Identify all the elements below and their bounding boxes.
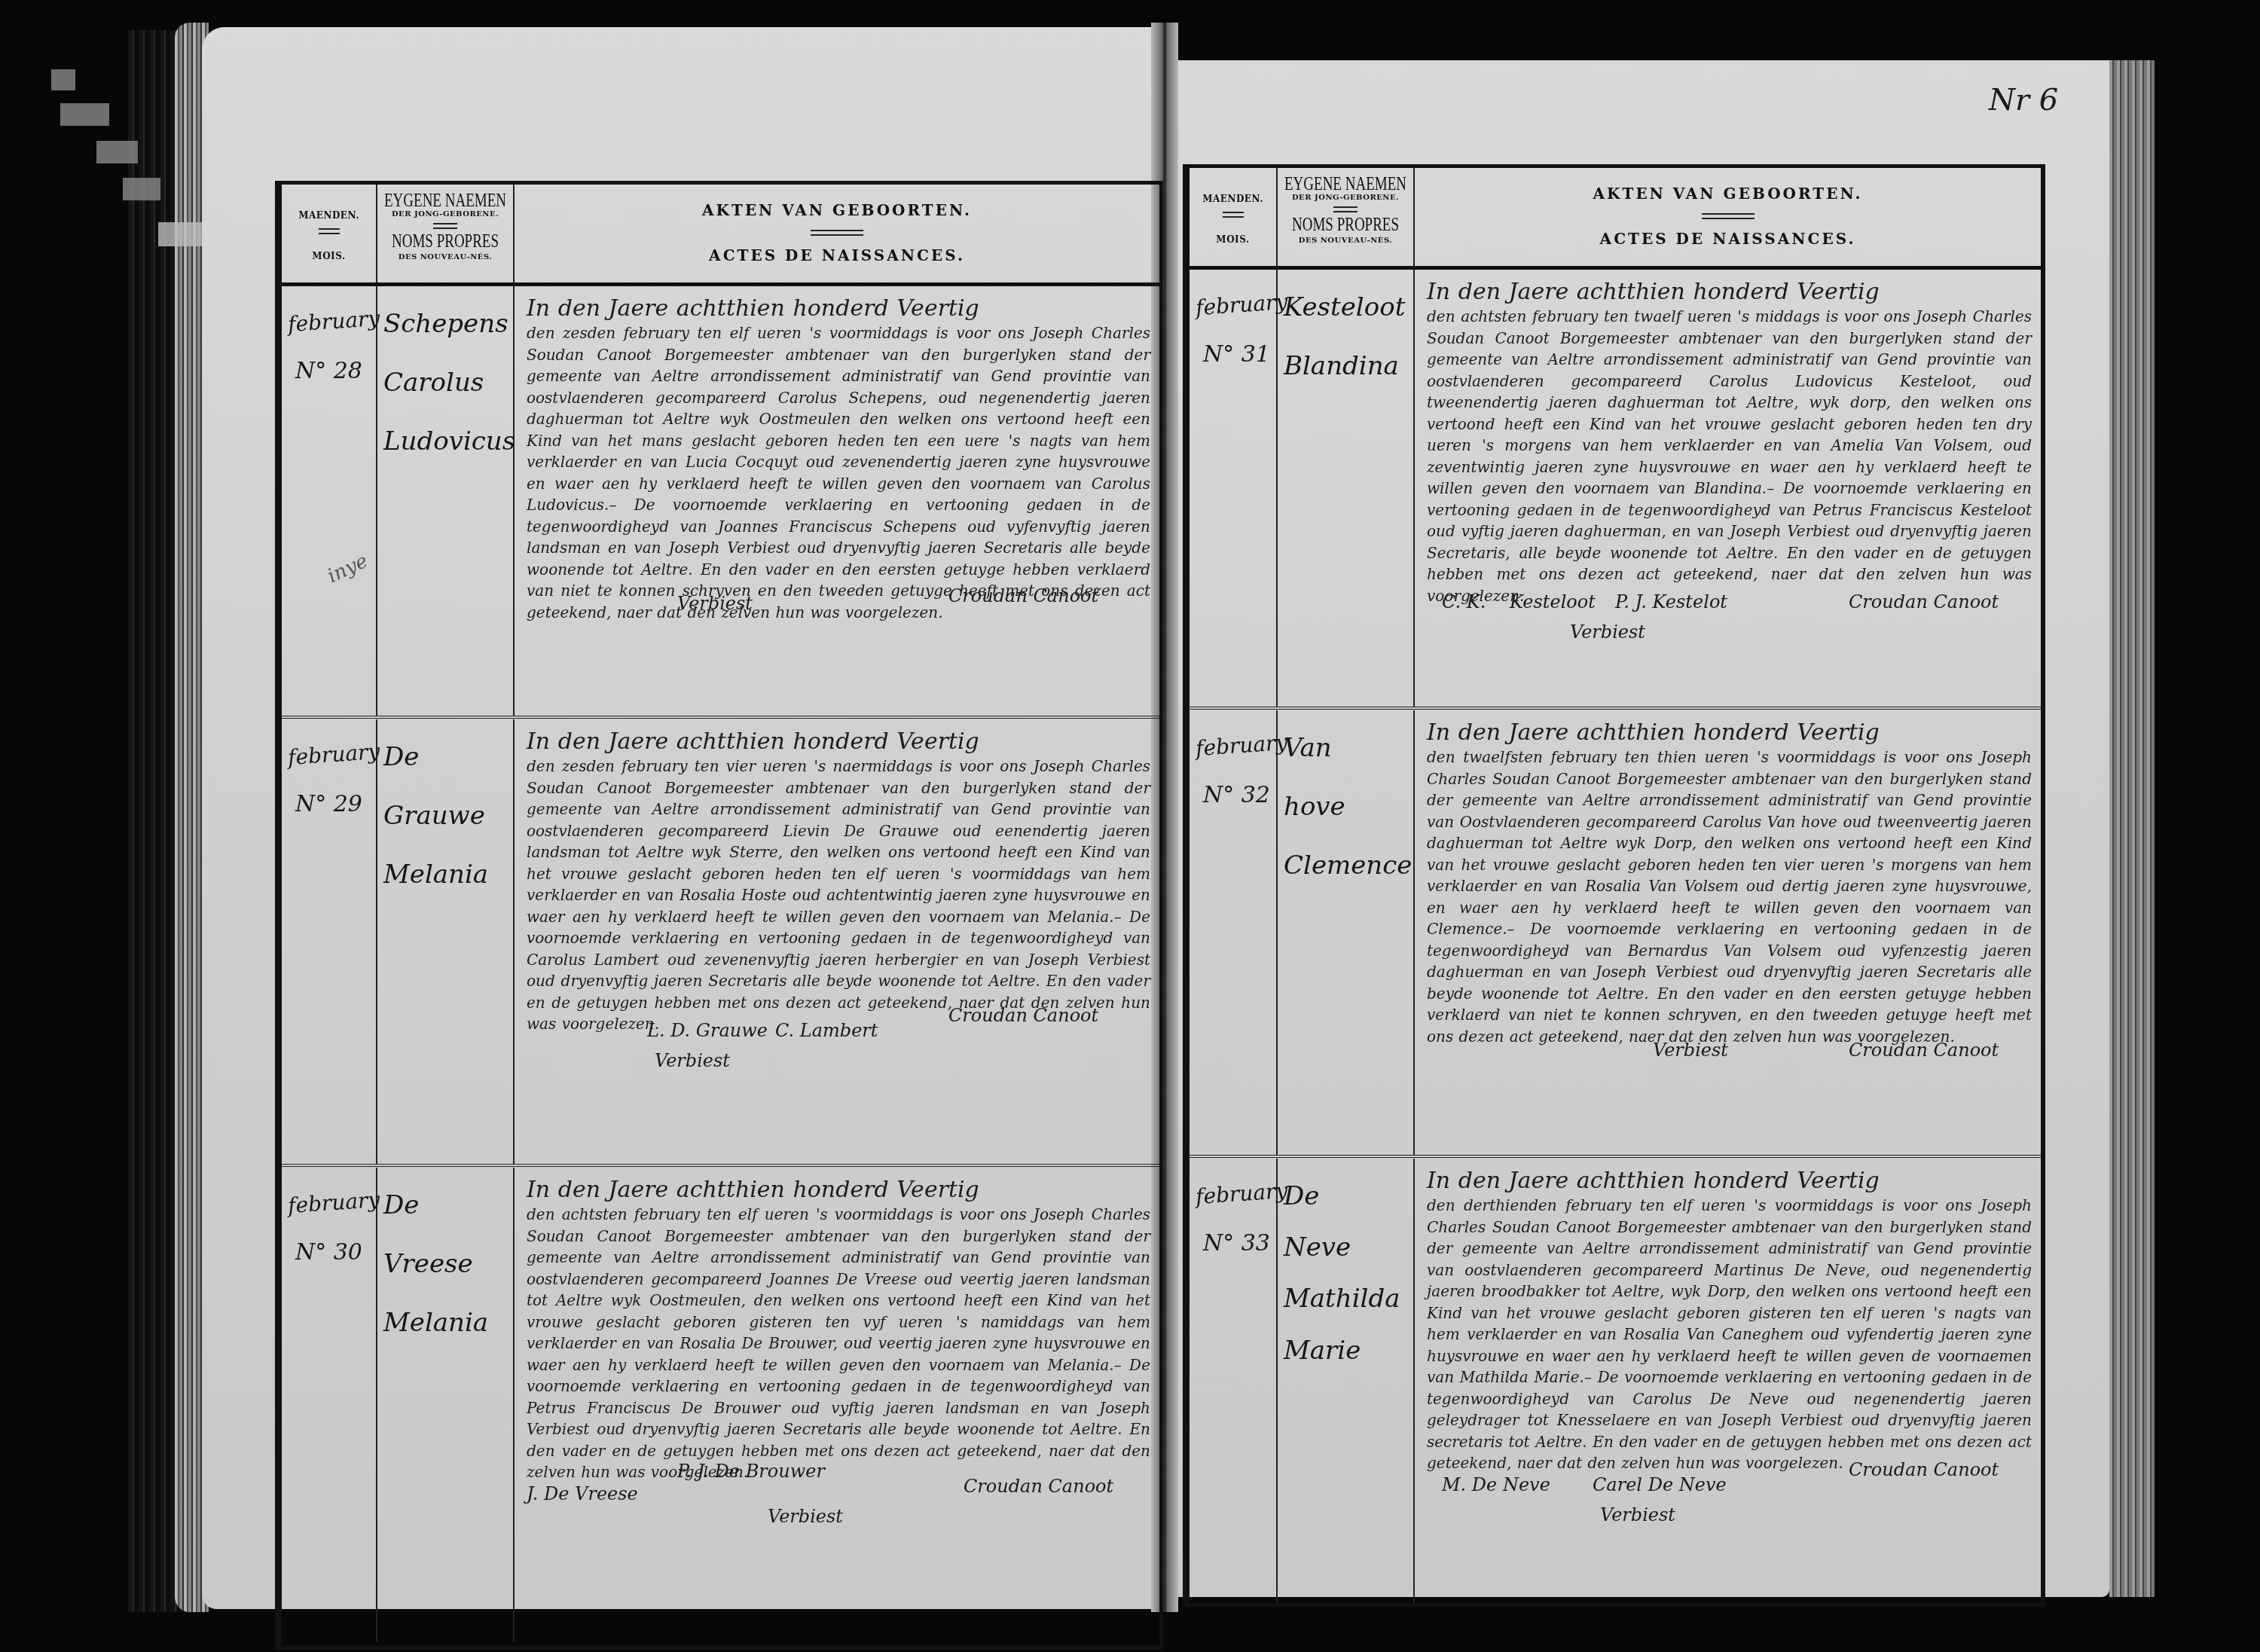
header-names-nl: EYGENE NAEMEN <box>1278 175 1413 197</box>
signature: Verbiest <box>655 1050 730 1071</box>
child-surname: Neve <box>1284 1231 1413 1264</box>
child-given-name: Carolus <box>383 366 513 399</box>
entry-number: N° 31 <box>1203 341 1270 368</box>
header-months-nl: MAENDEN. <box>1190 194 1276 204</box>
register-entry: february N° 30 De Vreese Melania In den … <box>282 1168 1159 1642</box>
header-names: EYGENE NAEMEN DER JONG-GEBORENE. NOMS PR… <box>1278 168 1415 266</box>
signature: Verbiest <box>768 1506 843 1527</box>
signature: Croudan Canoot <box>1849 1459 1999 1480</box>
entry-number: N° 33 <box>1203 1230 1270 1257</box>
header-names-nl: EYGENE NAEMEN <box>377 191 513 213</box>
signature: C. K. <box>1442 591 1486 612</box>
child-surname: Kesteloot <box>1284 291 1413 324</box>
signature: C. Lambert <box>775 1020 878 1041</box>
act-body: den achtsten february ten elf ueren 's v… <box>527 1205 1150 1481</box>
child-given-name: Marie <box>1284 1334 1413 1367</box>
page-number: Nr 6 <box>1989 83 2058 118</box>
header-names-fr-sub: DES NOUVEAU-NÉS. <box>377 253 513 261</box>
entry-month: february <box>287 739 380 770</box>
signature: Verbiest <box>1653 1040 1728 1061</box>
child-given-name: Ludovicus <box>383 425 513 458</box>
act-text: In den Jaere achtthien honderd Veertig d… <box>1427 279 2032 606</box>
act-body: den zesden february ten vier ueren 's na… <box>527 757 1150 1033</box>
act-body: den twaelfsten february ten thien ueren … <box>1427 748 2032 1046</box>
act-lead-line: In den Jaere achtthien honderd Veertig <box>527 728 1150 756</box>
entry-number: N° 29 <box>295 791 362 817</box>
header-acts-fr: ACTES DE NAISSANCES. <box>1415 230 2041 248</box>
child-surname-prefix: De <box>383 1189 513 1222</box>
entry-month: february <box>287 1187 380 1218</box>
index-tab <box>51 69 75 90</box>
register-entry: february N° 33 De Neve Mathilda Marie In… <box>1190 1159 2041 1603</box>
right-register-table: MAENDEN. MOIS. EYGENE NAEMEN DER JONG-GE… <box>1183 164 2045 1607</box>
header-acts: AKTEN VAN GEBOORTEN. ACTES DE NAISSANCES… <box>1415 168 2041 266</box>
header-acts-nl: AKTEN VAN GEBOORTEN. <box>515 201 1159 219</box>
header-names-fr: NOMS PROPRES <box>377 231 513 253</box>
signature: J. De Vreese <box>527 1483 638 1504</box>
header-names-fr-sub: DES NOUVEAU-NÉS. <box>1278 237 1413 245</box>
register-entry: february N° 31 Kesteloot Blandina In den… <box>1190 270 2041 710</box>
header-names-fr: NOMS PROPRES <box>1278 215 1413 237</box>
child-surname-prefix: De <box>383 740 513 774</box>
act-text: In den Jaere achtthien honderd Veertig d… <box>1427 719 2032 1047</box>
entry-number: N° 28 <box>295 358 362 384</box>
signature: Carel De Neve <box>1593 1474 1727 1495</box>
header-months-fr: MOIS. <box>282 251 376 261</box>
signature: Croudan Canoot <box>948 585 1098 606</box>
entry-number: N° 30 <box>295 1239 362 1266</box>
header-names: EYGENE NAEMEN DER JONG-GEBORENE. NOMS PR… <box>377 185 515 282</box>
entry-month: february <box>1195 289 1288 320</box>
header-months: MAENDEN. MOIS. <box>282 185 377 282</box>
signature: Verbiest <box>1600 1504 1675 1525</box>
child-given-name: Melania <box>383 858 513 891</box>
index-tab <box>96 141 138 163</box>
header-acts: AKTEN VAN GEBOORTEN. ACTES DE NAISSANCES… <box>515 185 1159 282</box>
signature: P. J. De Brouwer <box>677 1461 825 1482</box>
entry-month: february <box>1195 730 1288 761</box>
child-surname-prefix: Van <box>1284 731 1413 765</box>
header-months-nl: MAENDEN. <box>282 210 376 221</box>
signature: Croudan Canoot <box>948 1005 1098 1026</box>
act-text: In den Jaere achtthien honderd Veertig d… <box>1427 1168 2032 1474</box>
child-surname: Schepens <box>383 307 513 340</box>
signature: Croudan Canoot <box>964 1476 1113 1497</box>
signature: Verbiest <box>677 593 753 614</box>
child-given-name: Clemence <box>1284 849 1413 882</box>
register-entry: february N° 29 De Grauwe Melania In den … <box>282 719 1159 1167</box>
margin-note: inye <box>324 550 371 588</box>
act-lead-line: In den Jaere achtthien honderd Veertig <box>527 295 1150 322</box>
act-lead-line: In den Jaere achtthien honderd Veertig <box>527 1177 1150 1204</box>
index-tab <box>60 103 109 126</box>
child-surname-prefix: De <box>1284 1180 1413 1213</box>
entry-month: february <box>1195 1178 1288 1209</box>
signature: Croudan Canoot <box>1849 1040 1999 1061</box>
child-given-name: Blandina <box>1284 350 1413 383</box>
table-header: MAENDEN. MOIS. EYGENE NAEMEN DER JONG-GE… <box>1190 168 2041 270</box>
child-surname: Vreese <box>383 1247 513 1281</box>
table-header: MAENDEN. MOIS. EYGENE NAEMEN DER JONG-GE… <box>282 185 1159 286</box>
act-text: In den Jaere achtthien honderd Veertig d… <box>527 295 1150 623</box>
index-tab <box>123 178 160 200</box>
act-lead-line: In den Jaere achtthien honderd Veertig <box>1427 1168 2032 1195</box>
left-register-table: MAENDEN. MOIS. EYGENE NAEMEN DER JONG-GE… <box>275 181 1163 1650</box>
signature: Croudan Canoot <box>1849 591 1999 612</box>
act-text: In den Jaere achtthien honderd Veertig d… <box>527 728 1150 1035</box>
signature: Kesteloot <box>1510 591 1596 612</box>
signature: L. D. Grauwe <box>647 1020 768 1041</box>
act-body: den zesden february ten elf ueren 's voo… <box>527 324 1150 621</box>
header-months: MAENDEN. MOIS. <box>1190 168 1278 266</box>
child-given-name: Mathilda <box>1284 1282 1413 1315</box>
register-entry: february N° 32 Van hove Clemence In den … <box>1190 710 2041 1158</box>
entry-number: N° 32 <box>1203 782 1270 808</box>
header-acts-fr: ACTES DE NAISSANCES. <box>515 246 1159 264</box>
act-text: In den Jaere achtthien honderd Veertig d… <box>527 1177 1150 1483</box>
right-page-edge <box>2109 60 2155 1597</box>
signature: P. J. Kestelot <box>1615 591 1727 612</box>
act-lead-line: In den Jaere achtthien honderd Veertig <box>1427 719 2032 747</box>
child-given-name: Melania <box>383 1306 513 1339</box>
signature: Verbiest <box>1570 621 1645 643</box>
act-body: den derthienden february ten elf ueren '… <box>1427 1196 2032 1472</box>
header-acts-nl: AKTEN VAN GEBOORTEN. <box>1415 185 2041 203</box>
entry-month: february <box>287 306 380 337</box>
index-tab <box>158 222 203 246</box>
register-entry: february N° 28 inye Schepens Carolus Lud… <box>282 286 1159 719</box>
header-months-fr: MOIS. <box>1190 234 1276 245</box>
act-lead-line: In den Jaere achtthien honderd Veertig <box>1427 279 2032 306</box>
act-body: den achtsten february ten twaelf ueren '… <box>1427 307 2032 605</box>
child-surname: Grauwe <box>383 799 513 832</box>
child-surname: hove <box>1284 790 1413 823</box>
signature: M. De Neve <box>1442 1474 1550 1495</box>
